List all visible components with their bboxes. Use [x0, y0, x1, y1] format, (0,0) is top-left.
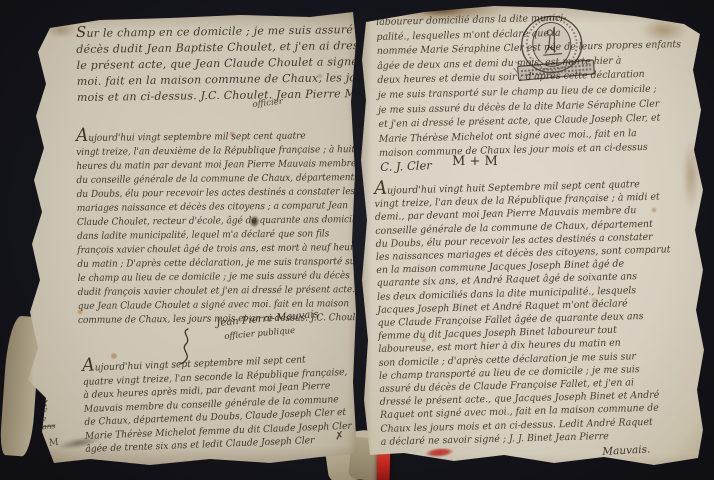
- signature-title-officier: officier: [252, 97, 283, 110]
- signature-cler: C. J. Cler: [380, 158, 432, 174]
- act-entry-closing: Sur le champ en ce domicile ; je me suis…: [76, 22, 393, 106]
- witness-mark: M + M: [452, 154, 498, 169]
- signature-mauvais: Mauvais.: [602, 443, 651, 457]
- manuscript-line: mois et an ci-dessus. J.C. Choulet. Jean…: [77, 86, 393, 106]
- act-entry-28-september: Aujourd'hui vingt huit Septembre mil sep…: [374, 174, 676, 449]
- insertion-x-mark: ✗: [334, 429, 345, 443]
- manuscript-scan: Sur le champ en ce domicile ; je me suis…: [0, 0, 714, 480]
- act-entry-27-september: Aujourd'hui vingt sept septembre mil sep…: [82, 350, 353, 457]
- manuscript-line: M + M: [25, 439, 59, 450]
- right-page: Second laboureur domicilié dans la dite …: [354, 0, 714, 478]
- act-entry-20-september: Aujourd'hui vingt septembre mil sept cen…: [76, 127, 365, 328]
- catchword: Second: [648, 6, 690, 21]
- left-page: Sur le champ en ce domicile ; je me suis…: [20, 12, 364, 468]
- signature-title-officier-publique: officier publique: [224, 326, 295, 342]
- paper-stain: [682, 140, 700, 210]
- paper-stain: [44, 22, 78, 38]
- official-stamp-icon: [507, 8, 607, 86]
